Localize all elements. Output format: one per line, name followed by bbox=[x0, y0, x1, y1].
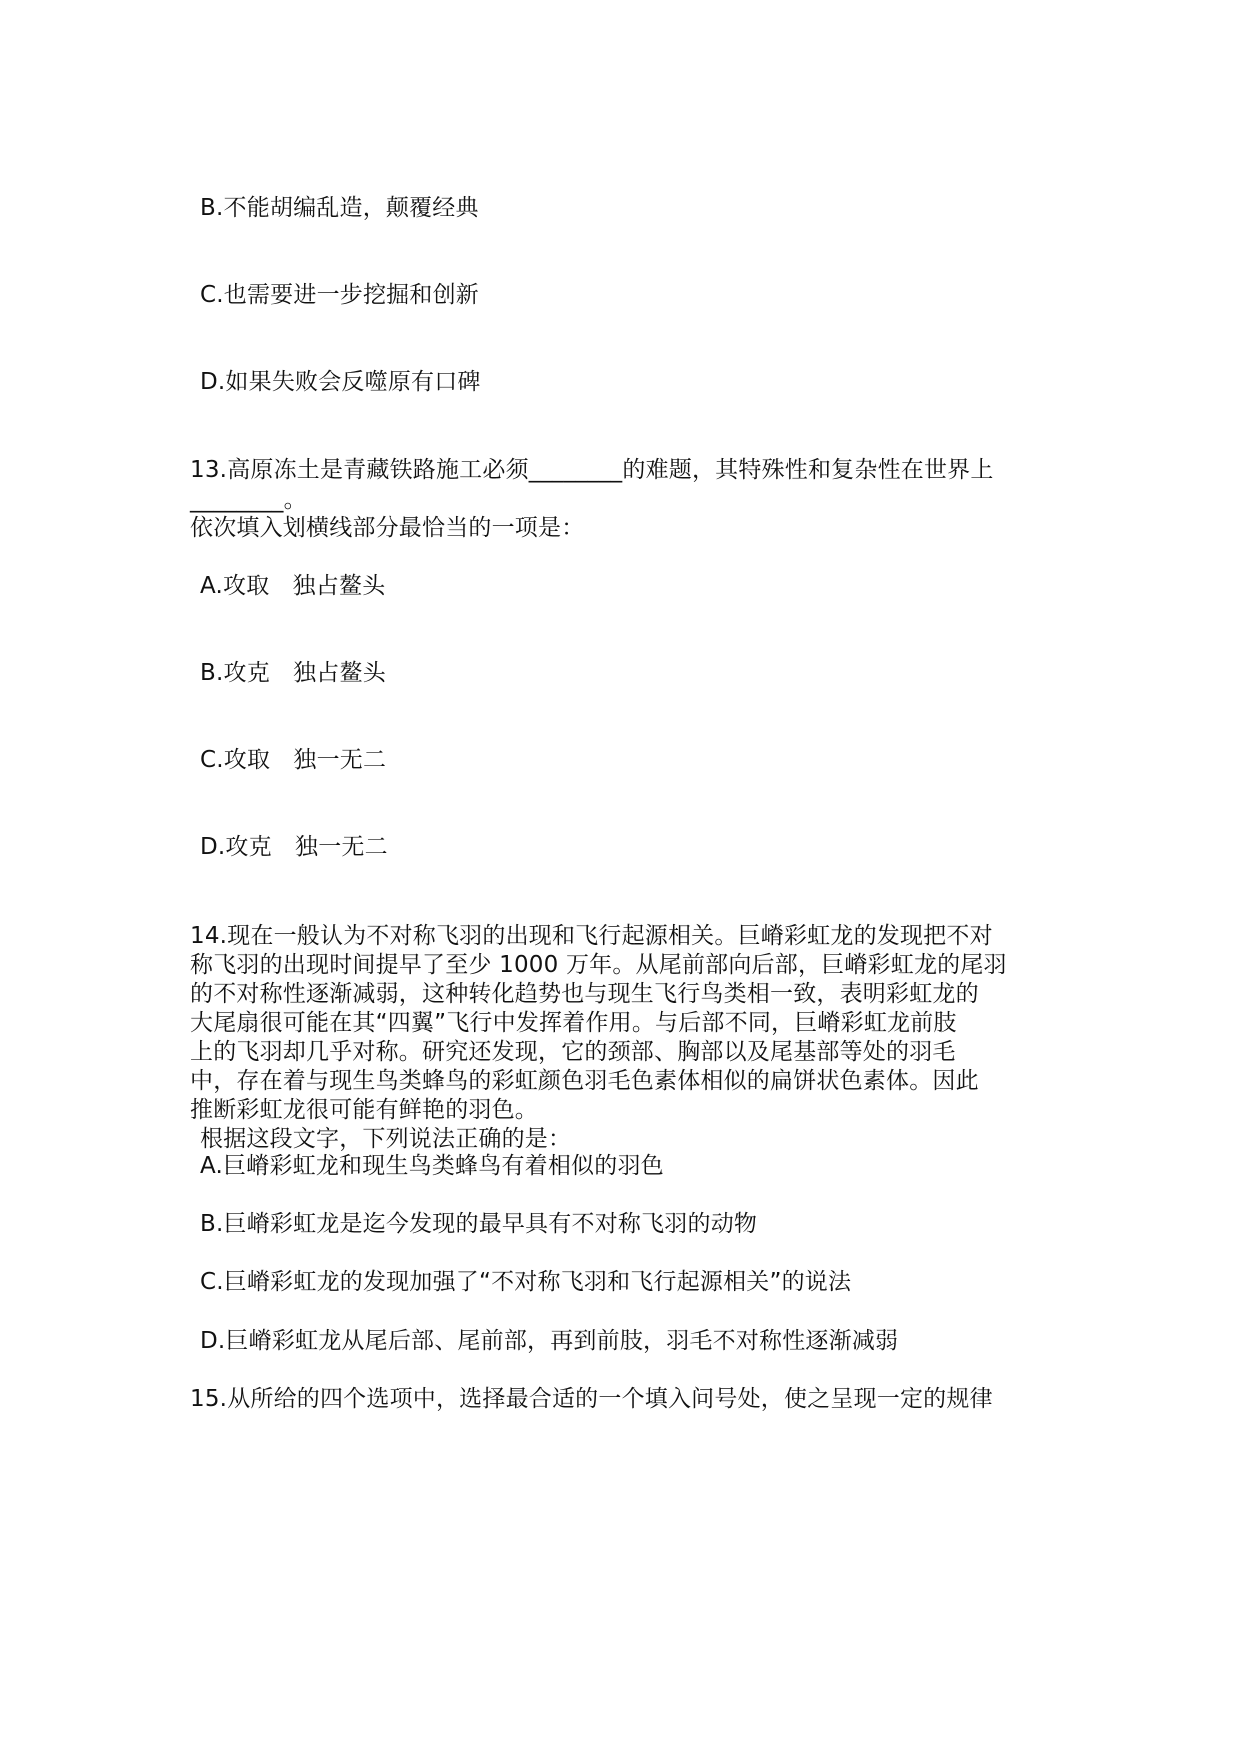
q14-passage-line-6: 中，存在着与现生鸟类蜂鸟的彩虹颜色羽毛色素体相似的扁饼状色素体。因此 bbox=[190, 1066, 979, 1096]
question-stem: 高原冻土是青藏铁路施工必须________的难题，其特殊性和复杂性在世界上 bbox=[227, 457, 993, 483]
question-number: 15. bbox=[190, 1386, 227, 1412]
option-text: 攻克 独占鳌头 bbox=[224, 660, 386, 686]
q13-stem-line-1: 13.高原冻土是青藏铁路施工必须________的难题，其特殊性和复杂性在世界上 bbox=[190, 455, 994, 485]
q14-option-a: A.巨嵴彩虹龙和现生鸟类蜂鸟有着相似的羽色 bbox=[200, 1151, 664, 1181]
q13-stem-line-2: ________。 bbox=[190, 485, 307, 515]
option-text: 巨嵴彩虹龙从尾后部、尾前部，再到前肢，羽毛不对称性逐渐减弱 bbox=[225, 1328, 898, 1354]
q14-passage-line-2: 称飞羽的出现时间提早了至少 1000 万年。从尾前部向后部，巨嵴彩虹龙的尾羽 bbox=[190, 950, 1007, 980]
option-label: B. bbox=[200, 660, 224, 686]
question-number: 14. bbox=[190, 923, 227, 949]
option-text: 也需要进一步挖掘和创新 bbox=[224, 282, 479, 308]
passage-text: 现在一般认为不对称飞羽的出现和飞行起源相关。巨嵴彩虹龙的发现把不对 bbox=[227, 923, 993, 949]
option-label: D. bbox=[200, 834, 225, 860]
q14-passage-line-3: 的不对称性逐渐减弱，这种转化趋势也与现生飞行鸟类相一致，表明彩虹龙的 bbox=[190, 979, 979, 1009]
option-text: 攻克 独一无二 bbox=[225, 834, 387, 860]
q12-option-b: B.不能胡编乱造，颠覆经典 bbox=[200, 193, 479, 223]
q12-option-d: D.如果失败会反噬原有口碑 bbox=[200, 367, 481, 397]
option-label: D. bbox=[200, 1328, 225, 1354]
option-text: 巨嵴彩虹龙是迄今发现的最早具有不对称飞羽的动物 bbox=[224, 1211, 758, 1237]
q14-passage-line-7: 推断彩虹龙很可能有鲜艳的羽色。 bbox=[190, 1095, 538, 1125]
option-label: A. bbox=[200, 1153, 223, 1179]
q12-option-c: C.也需要进一步挖掘和创新 bbox=[200, 280, 479, 310]
exam-page: B.不能胡编乱造，颠覆经典 C.也需要进一步挖掘和创新 D.如果失败会反噬原有口… bbox=[0, 0, 1240, 1753]
option-text: 不能胡编乱造，颠覆经典 bbox=[224, 195, 479, 221]
option-label: B. bbox=[200, 195, 224, 221]
option-label: D. bbox=[200, 369, 225, 395]
option-label: C. bbox=[200, 282, 224, 308]
q13-prompt: 依次填入划横线部分最恰当的一项是： bbox=[190, 513, 584, 543]
q14-passage-line-4: 大尾扇很可能在其“四翼”飞行中发挥着作用。与后部不同，巨嵴彩虹龙前肢 bbox=[190, 1008, 957, 1038]
option-text: 巨嵴彩虹龙和现生鸟类蜂鸟有着相似的羽色 bbox=[223, 1153, 664, 1179]
q14-option-b: B.巨嵴彩虹龙是迄今发现的最早具有不对称飞羽的动物 bbox=[200, 1209, 757, 1239]
q14-passage-line-5: 上的飞羽却几乎对称。研究还发现，它的颈部、胸部以及尾基部等处的羽毛 bbox=[190, 1037, 956, 1067]
option-label: B. bbox=[200, 1211, 224, 1237]
question-stem: 从所给的四个选项中，选择最合适的一个填入问号处，使之呈现一定的规律 bbox=[227, 1386, 993, 1412]
q14-option-c: C.巨嵴彩虹龙的发现加强了“不对称飞羽和飞行起源相关”的说法 bbox=[200, 1267, 851, 1297]
q13-option-c: C.攻取 独一无二 bbox=[200, 745, 386, 775]
q14-prompt: 根据这段文字，下列说法正确的是： bbox=[200, 1124, 571, 1154]
option-text: 如果失败会反噬原有口碑 bbox=[225, 369, 480, 395]
q14-option-d: D.巨嵴彩虹龙从尾后部、尾前部，再到前肢，羽毛不对称性逐渐减弱 bbox=[200, 1326, 898, 1356]
q15-stem: 15.从所给的四个选项中，选择最合适的一个填入问号处，使之呈现一定的规律 bbox=[190, 1384, 993, 1414]
question-number: 13. bbox=[190, 457, 227, 483]
option-label: C. bbox=[200, 1269, 224, 1295]
option-text: 攻取 独占鳌头 bbox=[223, 573, 385, 599]
question-stem: ________。 bbox=[190, 487, 307, 513]
option-label: A. bbox=[200, 573, 223, 599]
option-label: C. bbox=[200, 747, 224, 773]
q13-option-a: A.攻取 独占鳌头 bbox=[200, 571, 385, 601]
option-text: 攻取 独一无二 bbox=[224, 747, 386, 773]
q13-option-b: B.攻克 独占鳌头 bbox=[200, 658, 386, 688]
option-text: 巨嵴彩虹龙的发现加强了“不对称飞羽和飞行起源相关”的说法 bbox=[224, 1269, 851, 1295]
q13-option-d: D.攻克 独一无二 bbox=[200, 832, 388, 862]
q14-passage-line-1: 14.现在一般认为不对称飞羽的出现和飞行起源相关。巨嵴彩虹龙的发现把不对 bbox=[190, 921, 993, 951]
